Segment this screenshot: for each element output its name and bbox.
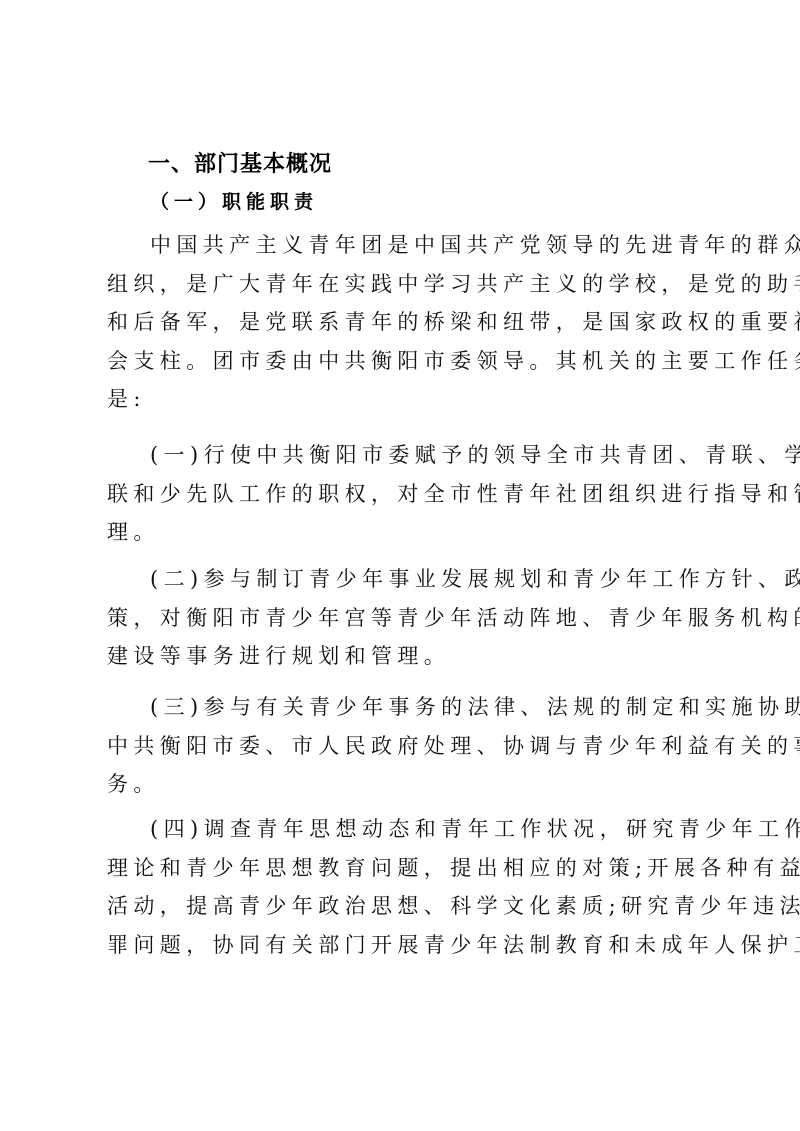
- paragraph-line: 中共衡阳市委、市人民政府处理、协调与青少年利益有关的事: [107, 727, 697, 766]
- paragraph-line: 理。: [107, 513, 697, 552]
- paragraph-general-description: 中国共产主义青年团是中国共产党领导的先进青年的群众 组织，是广大青年在实践中学习…: [107, 226, 697, 419]
- paragraph-line: (二)参与制订青少年事业发展规划和青少年工作方针、政: [107, 560, 697, 599]
- paragraph-line: 联和少先队工作的职权，对全市性青年社团组织进行指导和管: [107, 475, 697, 514]
- document-page: 一、部门基本概况 （一）职能职责 中国共产主义青年团是中国共产党领导的先进青年的…: [0, 0, 800, 1131]
- paragraph-line: 建设等事务进行规划和管理。: [107, 637, 697, 676]
- paragraph-line: 会支柱。团市委由中共衡阳市委领导。其机关的主要工作任务: [107, 342, 697, 381]
- paragraph-line: 理论和青少年思想教育问题，提出相应的对策;开展各种有益的: [107, 849, 697, 888]
- paragraph-line: 罪问题，协同有关部门开展青少年法制教育和未成年人保护工: [107, 926, 697, 965]
- subsection-heading: （一）职能职责: [150, 189, 318, 215]
- paragraph-line: 活动，提高青少年政治思想、科学文化素质;研究青少年违法犯: [107, 887, 697, 926]
- paragraph-line: (一)行使中共衡阳市委赋予的领导全市共青团、青联、学: [107, 436, 697, 475]
- paragraph-line: (三)参与有关青少年事务的法律、法规的制定和实施协助: [107, 688, 697, 727]
- paragraph-line: 中国共产主义青年团是中国共产党领导的先进青年的群众: [107, 226, 697, 265]
- paragraph-line: 务。: [107, 765, 697, 804]
- paragraph-line: 策，对衡阳市青少年宫等青少年活动阵地、青少年服务机构的: [107, 599, 697, 638]
- paragraph-duty-3: (三)参与有关青少年事务的法律、法规的制定和实施协助 中共衡阳市委、市人民政府处…: [107, 688, 697, 804]
- paragraph-line: 组织，是广大青年在实践中学习共产主义的学校，是党的助手: [107, 265, 697, 304]
- paragraph-line: (四)调查青年思想动态和青年工作状况，研究青少年工作: [107, 810, 697, 849]
- paragraph-line: 和后备军，是党联系青年的桥梁和纽带，是国家政权的重要社: [107, 303, 697, 342]
- section-heading: 一、部门基本概况: [148, 151, 332, 179]
- paragraph-duty-4: (四)调查青年思想动态和青年工作状况，研究青少年工作 理论和青少年思想教育问题，…: [107, 810, 697, 964]
- paragraph-line: 是:: [107, 380, 697, 419]
- paragraph-duty-1: (一)行使中共衡阳市委赋予的领导全市共青团、青联、学 联和少先队工作的职权，对全…: [107, 436, 697, 552]
- paragraph-duty-2: (二)参与制订青少年事业发展规划和青少年工作方针、政 策，对衡阳市青少年宫等青少…: [107, 560, 697, 676]
